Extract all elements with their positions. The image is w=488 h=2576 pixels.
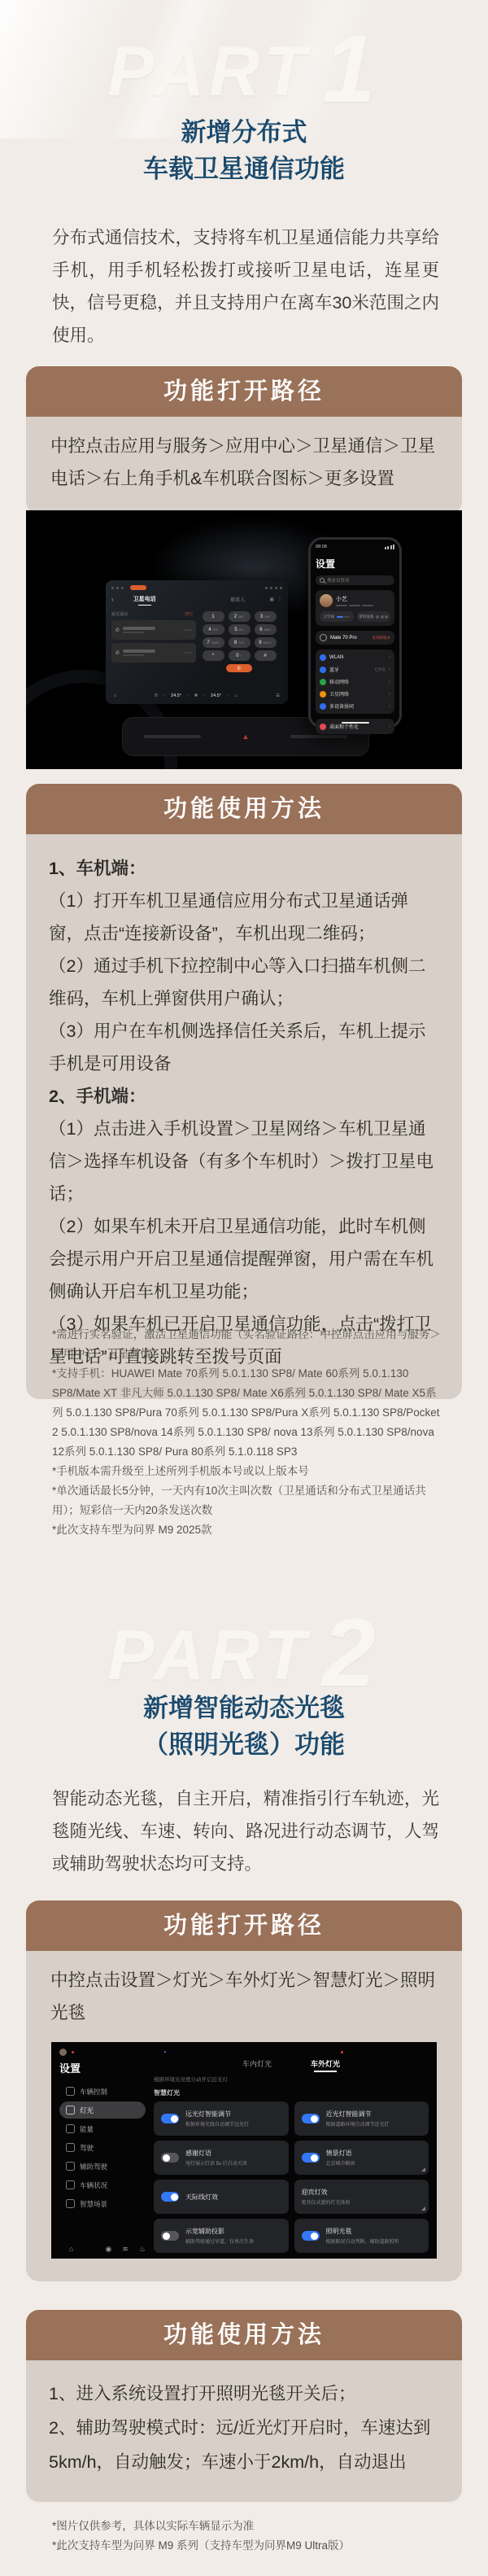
satellite-feature-photo: ‹ 卫星电话 联系人 ▣ ⋮ 最近通话 清空 ✆ [26,510,462,769]
tab[interactable]: 车外灯光 [311,2058,340,2069]
car-display-statusbar [111,584,282,591]
keypad-key[interactable]: # [255,650,277,661]
more-icon[interactable]: ⋮ [277,597,282,602]
device-name: Mate 70 Pro [330,636,357,641]
chevron-right-icon[interactable]: › [227,693,229,698]
phone-settings-row[interactable]: 蓝牙已开启› [320,663,390,676]
call-button[interactable]: ✆ [226,664,252,672]
chevron-left-icon[interactable]: ‹ [163,693,165,698]
part1-usage-card: 功能使用方法 1、车机端：（1）打开车机卫星通信应用分布式卫星通话弹窗，点击“连… [26,784,462,1399]
defrost-icon[interactable]: ≋ [122,2245,129,2254]
path-banner: 功能打开路径 [26,1900,462,1951]
part2-footnotes: *图片仅供参考，具体以实际车辆显示为准*此次支持车型为问界 M9 系列（支持车型… [52,2517,444,2556]
phone-settings-title: 设置 [316,557,394,571]
toggle-switch[interactable] [302,2114,320,2123]
back-arrow-icon[interactable]: ‹ [111,596,114,603]
part1-description: 分布式通信技术，支持将车机卫星通信能力共享给手机，用手机轻松拨打或接听卫星电话，… [52,221,439,352]
device-update-row[interactable]: Mate 70 Pro 发现新版本 [316,631,394,645]
light-settings-screenshot: 设置 车辆控制灯光能量驾驶辅助驾驶车辆状况智慧场景 车内灯光车外灯光 根据环境光… [51,2042,437,2259]
row-icon [320,667,326,673]
path-banner: 功能打开路径 [26,366,462,417]
toggle-switch[interactable] [161,2114,179,2123]
indicator-dot [341,2051,343,2053]
sidebar-item[interactable]: 辅助驾驶 [59,2158,146,2175]
usage-step: 2、手机端： [49,1080,439,1113]
sidebar-item-icon [66,2199,75,2208]
usage-step: （2）如果车机未开启卫星通信功能，此时车机侧会提示用户开启卫星通信提醒弹窗，用户… [49,1210,439,1308]
usage-steps: 1、进入系统设置打开照明光毯开关后；2、辅助驾驶模式时：远/近光灯开启时，车速达… [26,2360,462,2502]
footnote: *单次通话最长5分钟，一天内有10次主叫次数（卫星通话和分布式卫星通话共用）；短… [52,1481,444,1520]
path-text: 中控点击应用与服务＞应用中心＞卫星通信＞卫星电话＞右上角手机&车机联合图标＞更多… [50,430,438,495]
dialer-panel: 12ABC3DEF4GHI5JKL6MNO7PQRS8TUV9WXYZ*0+# … [196,611,282,692]
part2-usage-card: 功能使用方法 1、进入系统设置打开照明光毯开关后；2、辅助驾驶模式时：远/近光灯… [26,2310,462,2502]
light-feature-card[interactable]: 天际线灯效 [154,2180,289,2214]
keypad-key[interactable]: 5JKL [229,624,251,635]
part2-title: 新增智能动态光毯 （照明光毯）功能 [0,1690,488,1763]
cloud-progress [337,616,350,618]
row-icon [320,654,326,661]
part1-watermark: PART1 [0,21,488,117]
chevron-right-icon: › [389,704,390,709]
row-icon [320,724,326,730]
phone-device: 08:08 设置 搜索设置项 小艺 [308,537,402,728]
device-icon [320,634,327,641]
part2-path-card: 功能打开路径 中控点击设置＞灯光＞车外灯光＞智慧灯光＞照明光毯 设置 [26,1900,462,2281]
car-display-navbar: ‹ 卫星电话 联系人 ▣ ⋮ [111,594,282,604]
usage-step: 2、辅助驾驶模式时：远/近光灯开启时，车速达到5km/h，自动触发；车速小于2k… [49,2411,439,2479]
signal-icons [385,545,395,549]
phone-settings-row[interactable]: 卫星网络› [320,688,390,700]
row-icon [320,679,326,685]
poster-page: PART1 新增分布式 车载卫星通信功能 分布式通信技术，支持将车机卫星通信能力… [0,0,488,2576]
search-icon [320,578,325,583]
smart-light-section-label: 智慧灯光 [154,2088,429,2097]
keypad-key[interactable]: 6MNO [255,624,277,635]
seat-left-icon[interactable]: ♨ [139,2245,146,2254]
footnote: *此次支持车型为问界 M9 系列（支持车型为问界M9 Ultra版） [52,2536,444,2556]
indicator-dot [164,2051,167,2053]
light-feature-card[interactable]: 照明光毯根据路况自动判断，辅助道路照明 [294,2219,429,2253]
sidebar-item-icon [66,2087,75,2096]
keypad: 12ABC3DEF4GHI5JKL6MNO7PQRS8TUV9WXYZ*0+# [203,611,277,661]
expand-corner-icon [421,2206,425,2211]
phone-settings-list: WLAN›蓝牙已开启›移动网络›卫星网络›多设备协同› [316,649,394,714]
light-feature-card[interactable]: 示宽辅助投影辅助驾驶通过窄道，仅单次生效 [154,2219,289,2253]
toggle-switch[interactable] [161,2192,179,2202]
screen-statusbar [59,2047,429,2057]
sidebar-item[interactable]: 智慧场景 [59,2195,146,2212]
recent-call-item[interactable]: ✆ [111,620,196,640]
phone-settings-row[interactable]: WLAN› [320,651,390,663]
device-icons [376,615,388,619]
part1-footnotes: *需进行实名验证，激活卫星通信功能（实名验证路径：中控屏点击应用与服务＞应用中心… [52,1325,444,1540]
chevron-right-icon: › [389,692,390,697]
toggle-switch[interactable] [302,2231,320,2241]
settings-content: 车内灯光车外灯光 根据环境光亮度自动开启近光灯 智慧灯光 远光灯智能调节根据环境… [154,2058,429,2234]
power-icon[interactable]: ◉ [105,2245,111,2254]
phone-statusbar: 08:08 [316,544,394,550]
keypad-key[interactable]: 2ABC [229,611,251,622]
clear-calls-button[interactable]: 清空 [185,611,193,617]
chevron-right-icon: › [389,667,390,672]
driver-avatar [59,2049,67,2056]
keypad-key[interactable]: 3DEF [255,611,277,622]
phone-dock-icon[interactable]: ✆ [155,693,159,698]
recent-calls-panel: 最近通话 清空 ✆ ✆ [111,611,196,692]
phone-icon: ✆ [115,628,120,633]
keypad-key[interactable]: 8TUV [229,637,251,648]
profile-name: 小艺 [336,595,373,603]
toggle-switch[interactable] [161,2231,179,2241]
car-display: ‹ 卫星电话 联系人 ▣ ⋮ 最近通话 清空 ✆ [106,580,288,704]
tab[interactable]: 车内灯光 [242,2058,272,2069]
phone-settings-row[interactable]: 多设备协同› [320,700,390,712]
settings-sidebar: 设置 车辆控制灯光能量驾驶辅助驾驶车辆状况智慧场景 [59,2058,146,2234]
cloud-chip[interactable]: 云空间 [320,611,354,622]
chevron-right-icon: › [389,655,390,660]
fan-icon[interactable]: ❋ [194,693,198,698]
status-pill [130,585,146,590]
usage-banner: 功能使用方法 [26,784,462,834]
profile-card[interactable]: 小艺 云空间 常用设备 [316,590,394,626]
light-feature-card[interactable]: 迎宾灯效更具仪式感的灯光体验 [294,2180,429,2214]
light-feature-card[interactable]: 感谢灯语尾灯展示灯语 5s 后自动关闭 [154,2141,289,2175]
usage-step: 1、车机端： [49,852,439,885]
footnote: *此次支持车型为问界 M9 2025款 [52,1520,444,1540]
devices-chip[interactable]: 常用设备 [357,611,391,622]
keypad-key[interactable]: 7PQRS [203,637,224,648]
toggle-switch[interactable] [302,2153,320,2163]
usage-step: 1、进入系统设置打开照明光毯开关后； [49,2377,439,2411]
keypad-key[interactable]: 0+ [229,650,251,661]
sidebar-item[interactable]: 灯光 [59,2101,146,2119]
light-tabs: 车内灯光车外灯光 [154,2058,429,2069]
footnote: *支持手机：HUAWEI Mate 70系列 5.0.1.130 SP8/ Ma… [52,1364,444,1462]
chevron-right-icon: › [389,724,390,729]
chevron-right-icon: › [389,680,390,684]
sidebar-item-icon [66,2180,75,2189]
footnote: *需进行实名验证，激活卫星通信功能（实名验证路径：中控屏点击应用与服务＞应用中心… [52,1325,444,1364]
light-feature-card[interactable]: 近光灯智能调节根据道路环境自动调节近光灯 [294,2101,429,2136]
settings-title: 设置 [59,2060,146,2075]
part1-title: 新增分布式 车载卫星通信功能 [0,114,488,187]
sidebar-item[interactable]: 驾驶 [59,2139,146,2156]
auto-lowbeam-caption: 根据环境光亮度自动开启近光灯 [154,2075,429,2083]
sidebar-item-icon [66,2162,75,2171]
profile-subtext [336,605,373,607]
phone-icon: ✆ [115,650,120,656]
keypad-key[interactable]: 9WXYZ [255,637,277,648]
phone-settings-row[interactable]: 移动网络› [320,676,390,688]
sidebar-item[interactable]: 车辆控制 [59,2083,146,2100]
usage-step: （1）点击进入手机设置＞卫星网络＞车机卫星通信＞选择车机设备（有多个车机时）＞拨… [49,1113,439,1210]
light-feature-card[interactable]: 远光灯智能调节根据环境光线自动调节远光灯 [154,2101,289,2136]
path-text: 中控点击设置＞灯光＞车外灯光＞智慧灯光＞照明光毯 [50,1964,438,2029]
usage-step: （1）打开车机卫星通信应用分布式卫星通话弹窗，点击“连接新设备”，车机出现二维码… [49,885,439,950]
expand-corner-icon [421,2167,425,2171]
footnote: *图片仅供参考，具体以实际车辆显示为准 [52,2517,444,2536]
row-icon [320,691,326,698]
light-feature-grid: 远光灯智能调节根据环境光线自动调节远光灯近光灯智能调节根据道路环境自动调节近光灯… [154,2101,429,2253]
sidebar-item-icon [66,2143,75,2152]
usage-banner: 功能使用方法 [26,2310,462,2360]
row-icon [320,703,326,710]
part2-watermark: PART2 [0,1605,488,1701]
sidebar-item-icon [66,2106,75,2115]
sidebar-item[interactable]: 能量 [59,2120,146,2137]
toggle-switch[interactable] [161,2153,179,2163]
recent-call-item[interactable]: ✆ [111,643,196,663]
sidebar-item-icon [66,2124,75,2133]
satellite-phone-title: 卫星电话 [133,595,156,603]
part1-path-card: 功能打开路径 中控点击应用与服务＞应用中心＞卫星通信＞卫星电话＞右上角手机&车机… [26,366,462,514]
sidebar-item[interactable]: 车辆状况 [59,2176,146,2193]
chevron-right-icon[interactable]: › [187,693,189,698]
update-badge: 发现新版本 [373,636,391,641]
footnote: *手机版本需升级至上述所列手机版本号或以上版本号 [52,1462,444,1481]
keypad-key[interactable]: 4GHI [203,624,224,635]
usage-steps: 1、车机端：（1）打开车机卫星通信应用分布式卫星通话弹窗，点击“连接新设备”，车… [26,834,462,1399]
status-time: 08:08 [316,545,327,549]
keypad-key[interactable]: * [203,650,224,661]
usage-step: （2）通过手机下拉控制中心等入口扫描车机侧二维码，车机上弹窗供用户确认； [49,950,439,1015]
seat-heat-icon[interactable]: ♨ [234,693,238,698]
avatar [320,594,333,607]
car-display-dock: ⌂ ✆ ‹ 24.5° › ❋ ‹ 24.5° › ♨ ☰ [111,692,282,700]
light-feature-card[interactable]: 情景灯语北京城市橱窗 [294,2141,429,2175]
tab-contacts[interactable]: 联系人 [230,596,245,603]
menu-icon[interactable]: ☰ [276,693,280,698]
part2-description: 智能动态光毯，自主开启，精准指引行车轨迹，光毯随光线、车速、转向、路况进行动态调… [52,1782,439,1880]
temp-right: 24.5° [211,693,221,698]
sidebar-items: 车辆控制灯光能量驾驶辅助驾驶车辆状况智慧场景 [59,2083,146,2212]
chevron-left-icon[interactable]: ‹ [203,693,205,698]
home-icon[interactable]: ⌂ [69,2245,73,2253]
phone-search-input[interactable]: 搜索设置项 [316,575,394,585]
keypad-key[interactable]: 1 [203,611,224,622]
home-indicator [342,722,369,724]
hazard-light-button[interactable]: ▲ [242,733,250,741]
home-icon[interactable]: ⌂ [114,693,116,698]
recent-calls-label: 最近通话 [111,611,128,617]
temp-left: 24.5° [171,693,181,698]
indicator-dot [72,2051,74,2053]
usage-step: （3）用户在车机侧选择信任关系后，车机上提示手机是可用设备 [49,1015,439,1080]
link-icon[interactable]: ▣ [269,597,274,602]
